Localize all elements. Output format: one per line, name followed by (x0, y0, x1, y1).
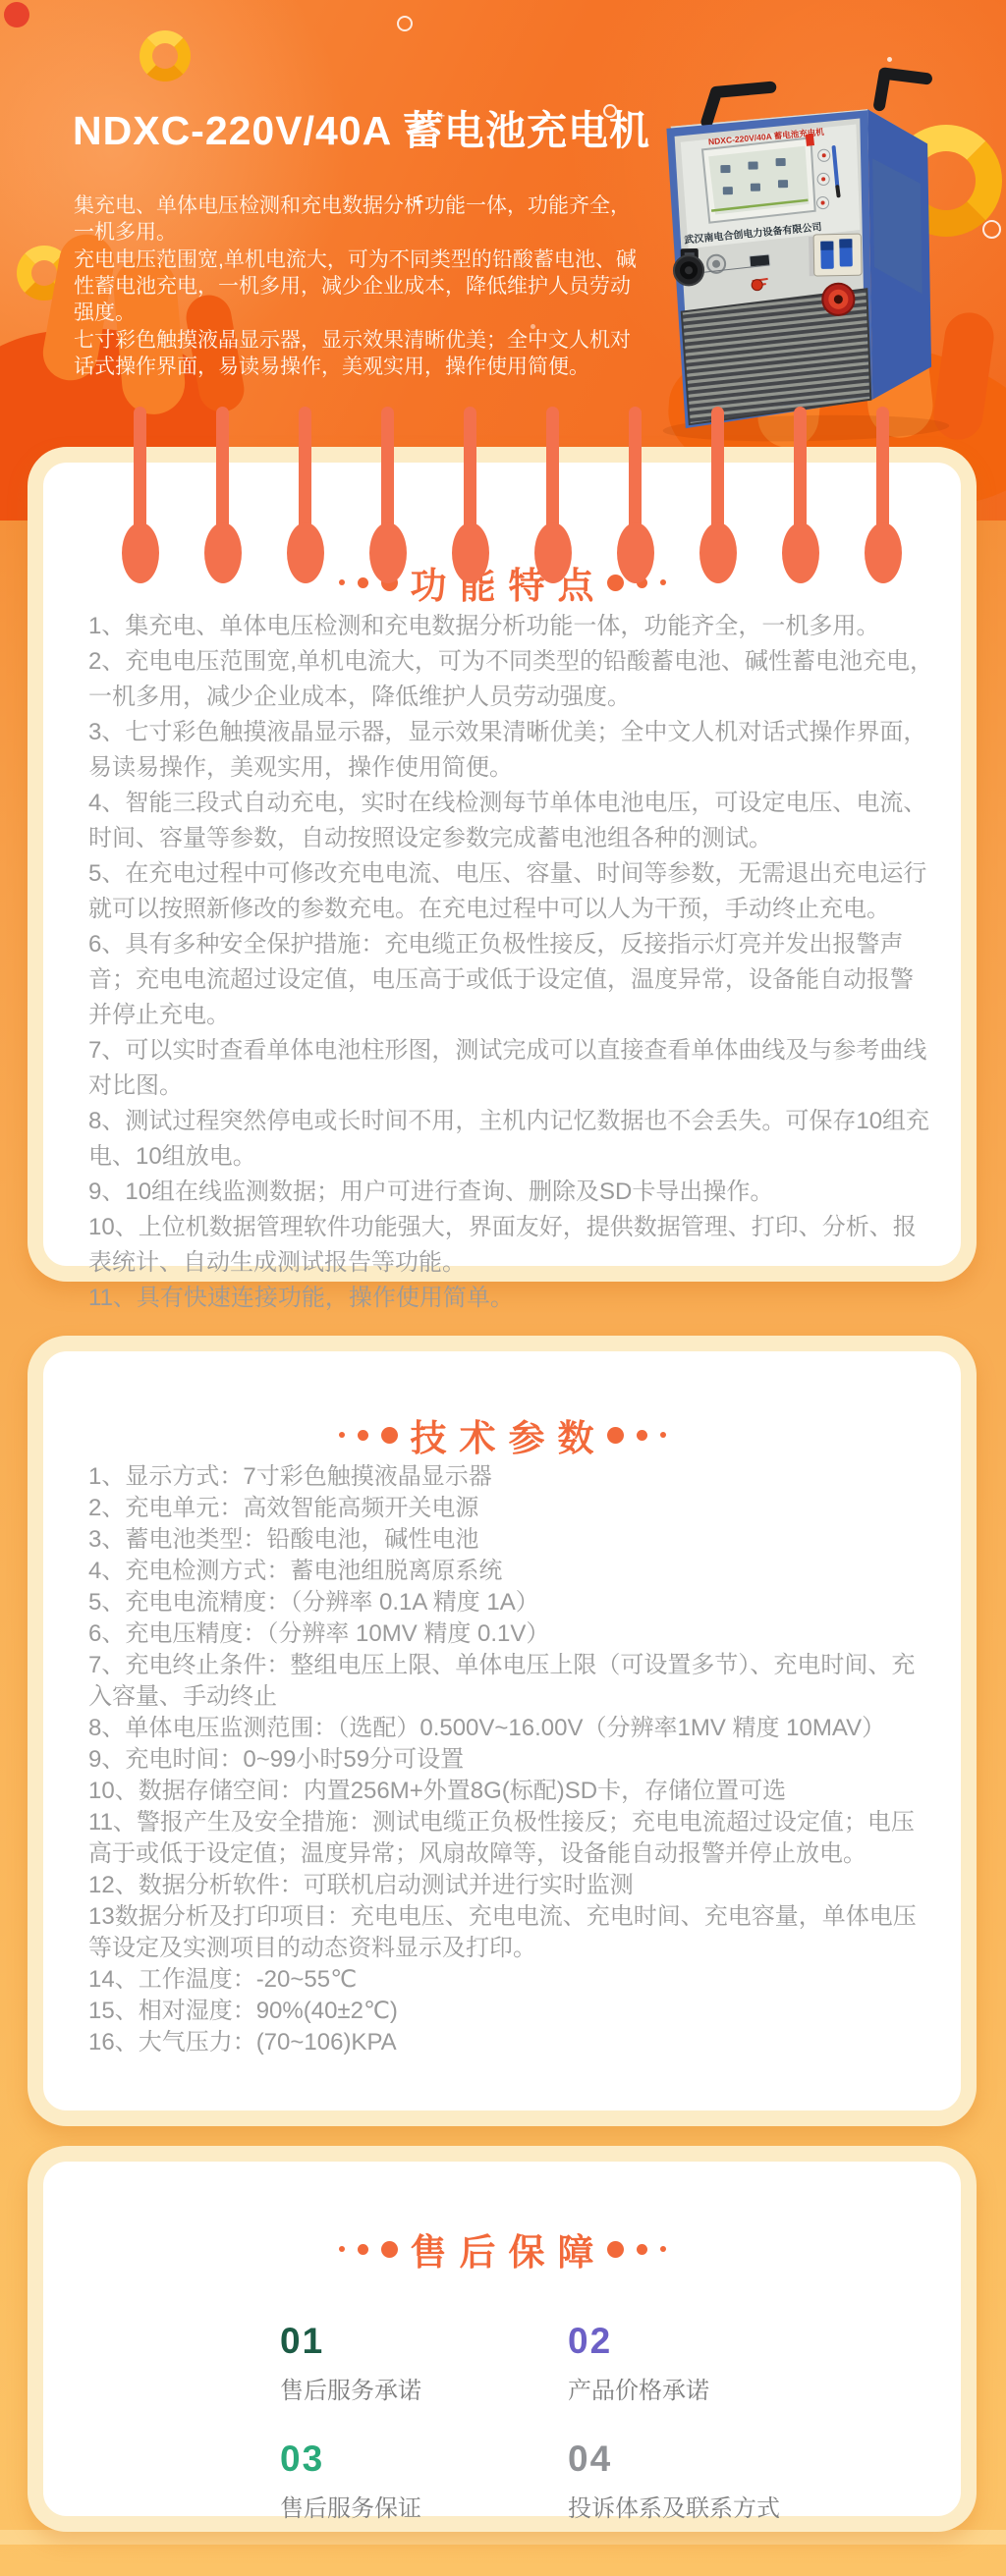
dot-ornament (381, 1427, 398, 1444)
circle-outline-ornament (397, 16, 413, 31)
feature-item: 8、测试过程突然停电或长时间不用，主机内记忆数据也不会丢失。可保存10组充电、1… (88, 1104, 935, 1175)
hanger-pin-ornament (865, 407, 902, 583)
spec-item: 2、充电单元：高效智能高频开关电源 (88, 1493, 935, 1524)
dot-ornament (381, 2241, 398, 2258)
dot-ornament (660, 1432, 666, 1438)
bottom-strip-ornament (0, 2530, 1006, 2545)
spec-item: 10、数据存储空间：内置256M+外置8G(标配)SD卡，存储位置可选 (88, 1776, 935, 1807)
description-paragraph: 七寸彩色触摸液晶显示器，显示效果清晰优美；全中文人机对话式操作界面，易读易操作，… (74, 327, 643, 380)
spec-item: 5、充电电流精度：（分辨率 0.1A 精度 1A） (88, 1587, 935, 1618)
service-item-number: 04 (568, 2440, 961, 2477)
hanger-pin-ornament (369, 407, 407, 583)
service-item-label: 产品价格承诺 (568, 2371, 961, 2405)
product-detail-page: + + + + + NDXC-220V/40A 蓄电池充电机 集充电、单体电压检… (0, 0, 1006, 2576)
service-item: 01 售后服务承诺 (280, 2323, 568, 2405)
service-item-label: 售后服务保证 (280, 2489, 568, 2523)
product-description: 集充电、单体电压检测和充电数据分析功能一体，功能齐全，一机多用。充电电压范围宽,… (74, 192, 643, 381)
hanger-pin-ornament (534, 407, 572, 583)
dot-ornament (339, 2246, 345, 2252)
hanger-pin-ornament (287, 407, 324, 583)
feature-item: 5、在充电过程中可修改充电电流、电压、容量、时间等参数，无需退出充电运行就可以按… (88, 856, 935, 927)
dot-ornament (607, 2241, 624, 2258)
feature-item: 11、具有快速连接功能，操作使用简单。 (88, 1281, 935, 1316)
feature-item: 6、具有多种安全保护措施：充电缆正负极性接反，反接指示灯亮并发出报警声音；充电电… (88, 927, 935, 1033)
dot-ornament (637, 2244, 647, 2255)
service-item-number: 03 (280, 2440, 568, 2477)
features-title: 功能特点 (411, 556, 607, 609)
product-title: NDXC-220V/40A 蓄电池充电机 (73, 98, 650, 156)
features-heading: 功能特点 (43, 463, 961, 609)
spec-item: 13数据分析及打印项目：充电电压、充电电流、充电时间、充电容量，单体电压等设定及… (88, 1901, 935, 1964)
battery-charger-illustration: NDXC-220V/40A 蓄电池充电机 (624, 61, 1002, 446)
after-sales-grid: 01 售后服务承诺 02 产品价格承诺 03 售后服务保证 04 投诉体系及联系… (280, 2323, 961, 2523)
spec-item: 6、充电压精度：（分辨率 10MV 精度 0.1V） (88, 1618, 935, 1650)
hanger-pin-ornament (617, 407, 654, 583)
spec-item: 4、充电检测方式：蓄电池组脱离原系统 (88, 1556, 935, 1587)
spec-item: 9、充电时间：0~99小时59分可设置 (88, 1744, 935, 1776)
feature-item: 3、七寸彩色触摸液晶显示器，显示效果清晰优美；全中文人机对话式操作界面，易读易操… (88, 715, 935, 786)
spec-item: 7、充电终止条件：整组电压上限、单体电压上限（可设置多节）、充电时间、充入容量、… (88, 1650, 935, 1713)
features-list: 1、集充电、单体电压检测和充电数据分析功能一体，功能齐全，一机多用。2、充电电压… (43, 609, 961, 1316)
after-sales-heading: 售后保障 (43, 2162, 961, 2275)
dot-ornament (660, 2246, 666, 2252)
specs-list: 1、显示方式：7寸彩色触摸液晶显示器2、充电单元：高效智能高频开关电源3、蓄电池… (43, 1461, 961, 2058)
feature-item: 1、集充电、单体电压检测和充电数据分析功能一体，功能齐全，一机多用。 (88, 609, 935, 644)
dot-ornament (637, 1430, 647, 1441)
hanger-pin-ornament (122, 407, 159, 583)
spec-item: 3、蓄电池类型：铅酸电池，碱性电池 (88, 1524, 935, 1556)
dot-ornament (339, 579, 345, 585)
feature-item: 10、上位机数据管理软件功能强大，界面友好，提供数据管理、打印、分析、报表统计、… (88, 1210, 935, 1281)
feature-item: 7、可以实时查看单体电池柱形图，测试完成可以直接查看单体曲线及与参考曲线对比图。 (88, 1033, 935, 1104)
service-item-number: 02 (568, 2323, 961, 2359)
feature-item: 9、10组在线监测数据；用户可进行查询、删除及SD卡导出操作。 (88, 1175, 935, 1210)
dot-ornament (607, 1427, 624, 1444)
dot-ornament (358, 2244, 368, 2255)
dot-ornament (660, 579, 666, 585)
feature-item: 4、智能三段式自动充电，实时在线检测每节单体电池电压，可设定电压、电流、时间、容… (88, 786, 935, 856)
features-card: 功能特点 1、集充电、单体电压检测和充电数据分析功能一体，功能齐全，一机多用。2… (28, 447, 977, 1282)
service-item-label: 售后服务承诺 (280, 2371, 568, 2405)
dot-ornament (339, 1432, 345, 1438)
specs-card: 技术参数 1、显示方式：7寸彩色触摸液晶显示器2、充电单元：高效智能高频开关电源… (28, 1336, 977, 2126)
dot-ornament (358, 577, 368, 588)
service-item-number: 01 (280, 2323, 568, 2359)
spec-item: 11、警报产生及安全措施：测试电缆正负极性接反；充电电流超过设定值；电压高于或低… (88, 1807, 935, 1870)
red-dot-ornament (4, 2, 29, 27)
after-sales-title: 售后保障 (411, 2222, 607, 2275)
gold-ring-icon (140, 30, 191, 82)
service-item-label: 投诉体系及联系方式 (568, 2489, 961, 2523)
feature-item: 2、充电电压范围宽,单机电流大，可为不同类型的铅酸蓄电池、碱性蓄电池充电，一机多… (88, 644, 935, 715)
hanger-pin-ornament (782, 407, 819, 583)
description-paragraph: 充电电压范围宽,单机电流大，可为不同类型的铅酸蓄电池、碱性蓄电池充电，一机多用，… (74, 247, 643, 326)
hanger-pin-ornament (204, 407, 242, 583)
spec-item: 16、大气压力：(70~106)KPA (88, 2027, 935, 2058)
spec-item: 12、数据分析软件：可联机启动测试并进行实时监测 (88, 1870, 935, 1901)
hanger-pin-ornament (699, 407, 737, 583)
after-sales-card: 售后保障 01 售后服务承诺 02 产品价格承诺 03 售后服务保证 (28, 2146, 977, 2532)
specs-heading: 技术参数 (43, 1351, 961, 1461)
spec-item: 15、相对湿度：90%(40±2℃) (88, 1996, 935, 2027)
specs-title: 技术参数 (411, 1408, 607, 1461)
service-item: 02 产品价格承诺 (568, 2323, 961, 2405)
service-item: 03 售后服务保证 (280, 2440, 568, 2523)
description-paragraph: 集充电、单体电压检测和充电数据分析功能一体，功能齐全，一机多用。 (74, 192, 643, 246)
service-item: 04 投诉体系及联系方式 (568, 2440, 961, 2523)
spec-item: 14、工作温度：-20~55℃ (88, 1964, 935, 1996)
hanger-pin-ornament (452, 407, 489, 583)
spec-item: 8、单体电压监测范围：（选配）0.500V~16.00V（分辨率1MV 精度 1… (88, 1713, 935, 1744)
spec-item: 1、显示方式：7寸彩色触摸液晶显示器 (88, 1461, 935, 1493)
dot-ornament (358, 1430, 368, 1441)
product-photo: NDXC-220V/40A 蓄电池充电机 (624, 61, 1002, 446)
